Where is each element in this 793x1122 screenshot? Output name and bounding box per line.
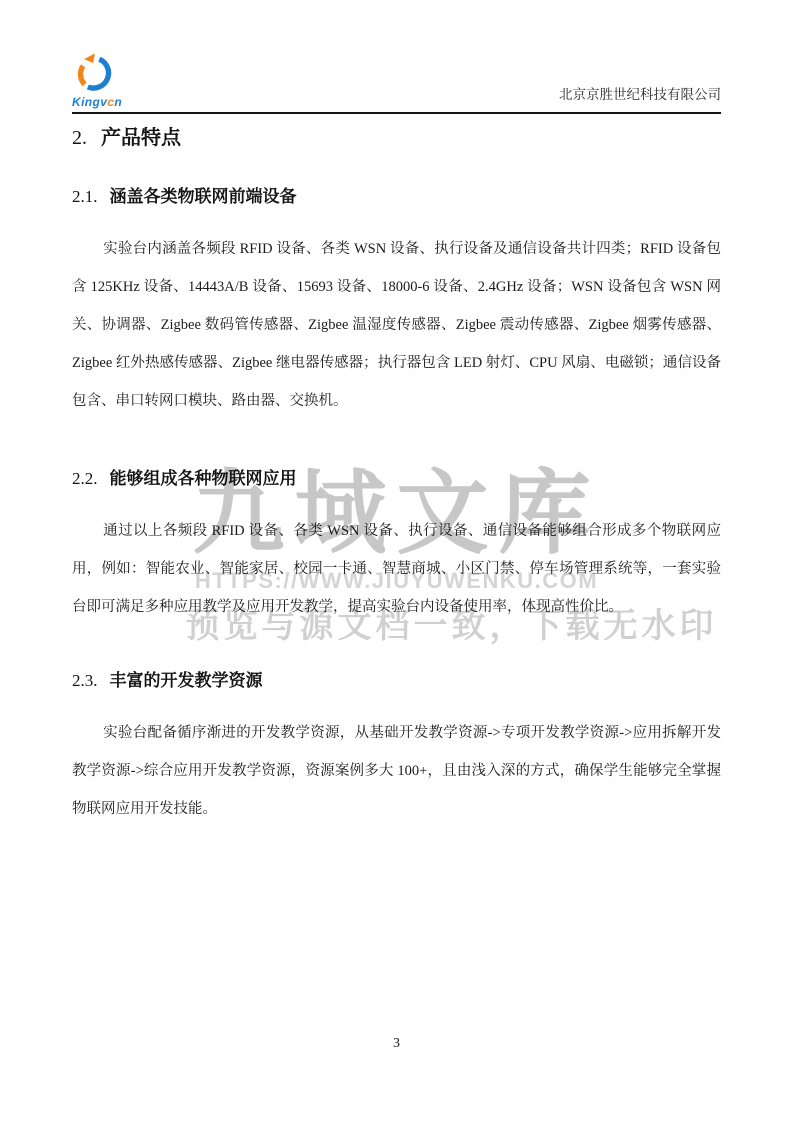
- page-number: 3: [393, 1036, 400, 1051]
- circular-arrow-logo-icon: [72, 52, 118, 96]
- chapter-heading: 2.产品特点: [72, 124, 721, 152]
- section-title: 涵盖各类物联网前端设备: [110, 187, 297, 206]
- chapter-number: 2.: [72, 127, 87, 149]
- page-header: Kingvcn 北京京胜世纪科技有限公司: [72, 48, 721, 108]
- company-logo: Kingvcn: [72, 52, 122, 108]
- section-heading-2-1: 2.1.涵盖各类物联网前端设备: [72, 184, 721, 209]
- logo-wordmark-part1: Kingv: [72, 95, 107, 109]
- section-number: 2.1.: [72, 187, 98, 206]
- chapter-title: 产品特点: [101, 127, 181, 149]
- company-name: 北京京胜世纪科技有限公司: [559, 88, 721, 109]
- section-paragraph-2-2: 通过以上各频段 RFID 设备、各类 WSN 设备、执行设备、通信设备能够组合形…: [72, 512, 721, 626]
- section-paragraph-2-3: 实验台配备循序渐进的开发教学资源，从基础开发教学资源->专项开发教学资源->应用…: [72, 714, 721, 828]
- section-title: 能够组成各种物联网应用: [110, 469, 297, 488]
- page-footer: 3: [0, 1036, 793, 1052]
- section-number: 2.3.: [72, 671, 98, 690]
- section-heading-2-3: 2.3.丰富的开发教学资源: [72, 668, 721, 693]
- section-heading-2-2: 2.2.能够组成各种物联网应用: [72, 466, 721, 491]
- document-page: 九域文库 HTTPS://WWW.JIUYUWENKU.COM 预览与源文档一致…: [0, 0, 793, 1122]
- section-number: 2.2.: [72, 469, 98, 488]
- document-body: 2.产品特点 2.1.涵盖各类物联网前端设备 实验台内涵盖各频段 RFID 设备…: [72, 118, 721, 828]
- header-divider: [72, 112, 721, 114]
- section-paragraph-2-1: 实验台内涵盖各频段 RFID 设备、各类 WSN 设备、执行设备及通信设备共计四…: [72, 230, 721, 420]
- section-title: 丰富的开发教学资源: [110, 671, 263, 690]
- logo-wordmark-part2: n: [114, 95, 122, 109]
- logo-wordmark: Kingvcn: [72, 96, 122, 108]
